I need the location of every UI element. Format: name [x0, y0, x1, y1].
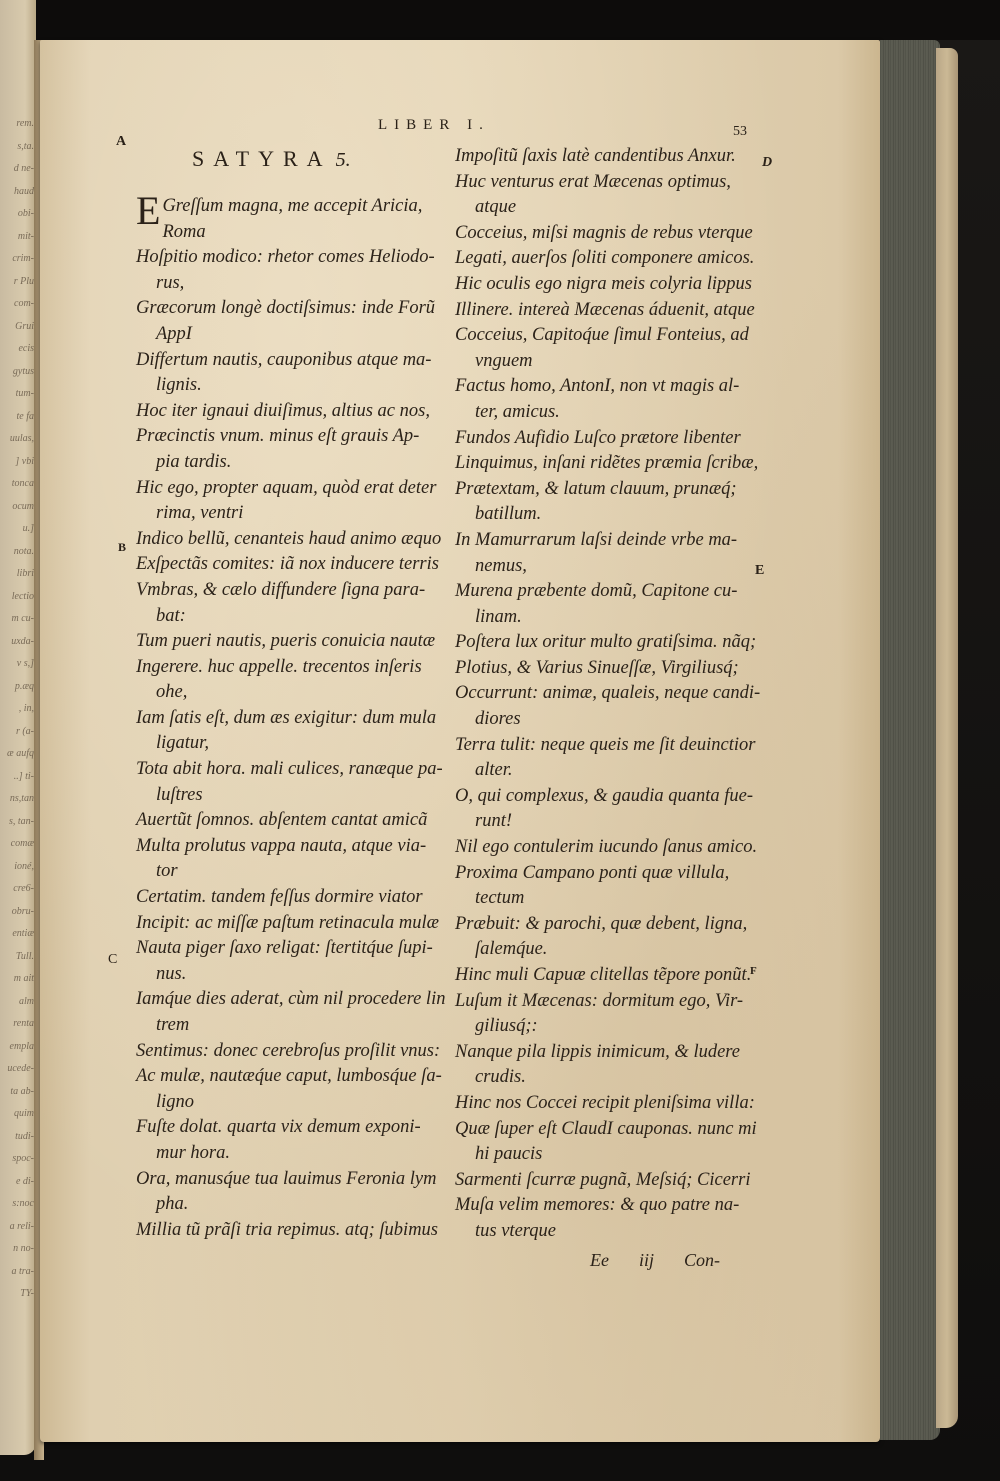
verse-line: diores: [455, 707, 755, 733]
verse-line: Fuſte dolat. quarta vix demum exponi-: [136, 1115, 446, 1141]
verse-text: Tota abit hora. mali culices, ranæque pa…: [136, 759, 443, 779]
top-shadow: [0, 0, 1000, 40]
verse-line: Prætextam, & latum clauum, prunæq́;: [455, 477, 755, 503]
verse-text: Murena præbente domũ, Capitone cu-: [455, 581, 737, 601]
verse-text: bat:: [156, 606, 186, 626]
verse-text: Greſſum magna, me accepit Aricia,: [162, 196, 422, 216]
verse-line: Fundos Aufidio Luſco prætore libenter: [455, 426, 755, 452]
verse-line: Huc venturus erat Mæcenas optimus,: [455, 170, 755, 196]
verse-line: atque: [455, 195, 755, 221]
verse-text: Nanque pila lippis inimicum, & ludere: [455, 1042, 740, 1062]
verse-line: hi paucis: [455, 1142, 755, 1168]
verse-text: Incipit: ac miſſæ paſtum retinacula mulæ: [136, 913, 439, 933]
verse-text: Plotius, & Varius Sinueſſæ, Virgiliusq́;: [455, 658, 739, 678]
margin-letter-b: B: [118, 540, 126, 555]
verse-line: Certatim. tandem feſſus dormire viator: [136, 885, 446, 911]
facing-page-text-fragment: ] vbi: [0, 456, 34, 467]
verse-text: Hinc muli Capuæ clitellas tẽpore ponũt.: [455, 965, 751, 985]
verse-line: ter, amicus.: [455, 400, 755, 426]
facing-page-text-fragment: r (a-: [0, 726, 34, 737]
verse-text: Nil ego contulerim iucundo ſanus amico.: [455, 837, 757, 857]
facing-page-text-fragment: mit-: [0, 231, 34, 242]
verse-text: Terra tulit: neque queis me ſit deuincti…: [455, 735, 755, 755]
verse-line: Terra tulit: neque queis me ſit deuincti…: [455, 733, 755, 759]
verse-line: EGreſſum magna, me accepit Aricia,: [136, 194, 446, 220]
verse-line: Exſpectãs comites: iã nox inducere terri…: [136, 552, 446, 578]
verse-text: ligno: [156, 1092, 194, 1112]
verse-text: Fundos Aufidio Luſco prætore libenter: [455, 428, 741, 448]
verse-line: Hoc iter ignaui diuiſimus, altius ac nos…: [136, 399, 446, 425]
facing-page-text-fragment: ecis: [0, 343, 34, 354]
verse-line: Impoſitũ ſaxis latè candentibus Anxur.: [455, 144, 755, 170]
verse-line: In Mamurrarum laſsi deinde vrbe ma-: [455, 528, 755, 554]
verse-line: Hinc muli Capuæ clitellas tẽpore ponũt.: [455, 963, 755, 989]
margin-letter-d: D: [762, 155, 772, 171]
verse-text: Legati, auerſos ſoliti componere amicos.: [455, 248, 754, 268]
verse-text: Quæ ſuper eſt ClaudI cauponas. nunc mi: [455, 1119, 757, 1139]
facing-page-text-fragment: tonca: [0, 478, 34, 489]
verse-line: Vmbras, & cælo diffundere ſigna para-: [136, 578, 446, 604]
facing-page-text-fragment: spoc-: [0, 1153, 34, 1164]
verse-line: Iamq́ue dies aderat, cùm nil procedere l…: [136, 987, 446, 1013]
facing-page-text-fragment: tum-: [0, 388, 34, 399]
verse-line: Factus homo, AntonI, non vt magis al-: [455, 374, 755, 400]
facing-page-text-fragment: ioné,: [0, 861, 34, 872]
verse-text: lignis.: [156, 375, 202, 395]
facing-page-text-fragment: s,ta.: [0, 141, 34, 152]
book-board-edge: [936, 48, 958, 1428]
verse-line: Hoſpitio modico: rhetor comes Heliodo-: [136, 245, 446, 271]
verse-text: Hoc iter ignaui diuiſimus, altius ac nos…: [136, 401, 430, 421]
verse-text: Ac mulæ, nautæq́ue caput, lumbosq́ue ſa-: [136, 1066, 442, 1086]
verse-line: Auertũt ſomnos. abſentem cantat amicã: [136, 808, 446, 834]
verse-text: Impoſitũ ſaxis latè candentibus Anxur.: [455, 146, 736, 166]
verse-line: Ora, manusq́ue tua lauimus Feronia lym: [136, 1167, 446, 1193]
drop-initial: E: [136, 196, 160, 226]
verse-line: Cocceius, Capitoq́ue ſimul Fonteius, ad: [455, 323, 755, 349]
facing-page-text-fragment: cre6-: [0, 883, 34, 894]
verse-text: O, qui complexus, & gaudia quanta fue-: [455, 786, 753, 806]
facing-page-text-fragment: m cu-: [0, 613, 34, 624]
verse-line: Nanque pila lippis inimicum, & ludere: [455, 1040, 755, 1066]
verse-text: Hinc nos Coccei recipit pleniſsima villa…: [455, 1093, 755, 1113]
satire-title-text: SATYRA: [192, 146, 332, 171]
verse-text: Sentimus: donec cerebroſus proſilit vnus…: [136, 1041, 440, 1061]
verse-text: Exſpectãs comites: iã nox inducere terri…: [136, 554, 439, 574]
verse-line: Hic ego, propter aquam, quòd erat deter: [136, 476, 446, 502]
verse-text: Indico bellũ, cenanteis haud animo æquo: [136, 529, 441, 549]
facing-page-text-fragment: s:noc: [0, 1198, 34, 1209]
margin-letter-e: E: [755, 563, 764, 579]
verse-line: Differtum nautis, cauponibus atque ma-: [136, 348, 446, 374]
verse-line: nus.: [136, 962, 446, 988]
facing-page-text-fragment: nota.: [0, 546, 34, 557]
facing-page-text-fragment: ta ab-: [0, 1086, 34, 1097]
verse-text: Poſtera lux oritur multo gratiſsima. nãq…: [455, 632, 756, 652]
facing-page-text-fragment: comæ: [0, 838, 34, 849]
satire-number: 5.: [336, 149, 351, 171]
verse-text: Fuſte dolat. quarta vix demum exponi-: [136, 1117, 421, 1137]
facing-page-text-fragment: entiæ: [0, 928, 34, 939]
verse-text: Sarmenti ſcurræ pugnã, Meſsiq́; Cicerri: [455, 1170, 750, 1190]
verse-line: vnguem: [455, 349, 755, 375]
facing-page-text-fragment: haud: [0, 186, 34, 197]
verse-line: ligno: [136, 1090, 446, 1116]
verse-line: Iam ſatis eſt, dum æs exigitur: dum mula: [136, 706, 446, 732]
verse-text: Huc venturus erat Mæcenas optimus,: [455, 172, 731, 192]
facing-page-text-fragment: empla: [0, 1041, 34, 1052]
verse-text: Occurrunt: animæ, qualeis, neque candi-: [455, 683, 760, 703]
verse-line: Multa prolutus vappa nauta, atque via-: [136, 834, 446, 860]
verse-text: alter.: [475, 760, 513, 780]
verse-line: Plotius, & Varius Sinueſſæ, Virgiliusq́;: [455, 656, 755, 682]
verse-line: Incipit: ac miſſæ paſtum retinacula mulæ: [136, 911, 446, 937]
verse-line: luſtres: [136, 783, 446, 809]
verse-text: Iam ſatis eſt, dum æs exigitur: dum mula: [136, 708, 436, 728]
facing-page-text-fragment: rem.: [0, 118, 34, 129]
verse-text: ligatur,: [156, 733, 209, 753]
facing-page-text-fragment: ns,tan: [0, 793, 34, 804]
verse-text: Præcinctis vnum. minus eſt grauis Ap-: [136, 426, 419, 446]
signature-number: iij: [639, 1250, 654, 1270]
verse-text: diores: [475, 709, 521, 729]
verse-line: mur hora.: [136, 1141, 446, 1167]
verse-line: Tum pueri nautis, pueris conuicia nautæ: [136, 629, 446, 655]
verse-text: Prætextam, & latum clauum, prunæq́;: [455, 479, 737, 499]
verse-text: Factus homo, AntonI, non vt magis al-: [455, 376, 739, 396]
verse-text: Hic ego, propter aquam, quòd erat deter: [136, 478, 436, 498]
verse-text: luſtres: [156, 785, 203, 805]
facing-page-text-fragment: a reli-: [0, 1221, 34, 1232]
verse-text: Millia tũ prãſi tria repimus. atq; ſubim…: [136, 1220, 438, 1240]
margin-letter-a: A: [116, 134, 126, 150]
verse-line: Proxima Campano ponti quæ villula,: [455, 861, 755, 887]
facing-page-text-fragment: s, tan-: [0, 816, 34, 827]
verse-line: pha.: [136, 1192, 446, 1218]
verse-line: tectum: [455, 886, 755, 912]
verse-line: ſalemq́ue.: [455, 937, 755, 963]
verse-text: mur hora.: [156, 1143, 230, 1163]
verse-line: batillum.: [455, 502, 755, 528]
facing-page-text-fragment: a tra-: [0, 1266, 34, 1277]
verse-line: Nauta piger ſaxo religat: ſtertitq́ue ſu…: [136, 936, 446, 962]
facing-page-edge: rem.s,ta.d ne-haudobi-mit-crim-r Plucom-…: [0, 0, 36, 1455]
verse-text: ohe,: [156, 682, 187, 702]
verse-line: Præbuit: & parochi, quæ debent, ligna,: [455, 912, 755, 938]
verse-text: pha.: [156, 1194, 188, 1214]
verse-line: runt!: [455, 809, 755, 835]
running-head: LIBER I.: [378, 117, 490, 134]
verse-line: Sarmenti ſcurræ pugnã, Meſsiq́; Cicerri: [455, 1168, 755, 1194]
verse-line: pia tardis.: [136, 450, 446, 476]
verse-text: Auertũt ſomnos. abſentem cantat amicã: [136, 810, 427, 830]
facing-page-text-fragment: e di-: [0, 1176, 34, 1187]
verse-line: Luſum it Mæcenas: dormitum ego, Vir-: [455, 989, 755, 1015]
verse-text: Roma: [162, 222, 205, 242]
verse-line: ohe,: [136, 680, 446, 706]
verse-text: atque: [475, 197, 516, 217]
verse-text: nus.: [156, 964, 186, 984]
verse-text: Proxima Campano ponti quæ villula,: [455, 863, 729, 883]
verse-text: Illinere. intereà Mæcenas áduenit, atque: [455, 300, 755, 320]
facing-page-text-fragment: d ne-: [0, 163, 34, 174]
verse-line: tus vterque: [455, 1219, 755, 1245]
verse-text: Vmbras, & cælo diffundere ſigna para-: [136, 580, 425, 600]
signature-mark: Ee: [590, 1250, 609, 1270]
verse-text: ter, amicus.: [475, 402, 560, 422]
facing-page-text-fragment: m ait: [0, 973, 34, 984]
facing-page-text-fragment: te fa: [0, 411, 34, 422]
verse-text: trem: [156, 1015, 189, 1035]
verse-text: batillum.: [475, 504, 541, 524]
verse-text: Multa prolutus vappa nauta, atque via-: [136, 836, 426, 856]
verse-text: tectum: [475, 888, 524, 908]
facing-page-text-fragment: ocum: [0, 501, 34, 512]
verse-text: Iamq́ue dies aderat, cùm nil procedere l…: [136, 989, 445, 1009]
verse-text: ſalemq́ue.: [475, 939, 547, 959]
facing-page-text-fragment: r Plu: [0, 276, 34, 287]
verse-line: Præcinctis vnum. minus eſt grauis Ap-: [136, 424, 446, 450]
verse-line: rus,: [136, 271, 446, 297]
verse-line: Illinere. intereà Mæcenas áduenit, atque: [455, 298, 755, 324]
facing-page-text-fragment: crim-: [0, 253, 34, 264]
verse-line: crudis.: [455, 1065, 755, 1091]
facing-page-text-fragment: com-: [0, 298, 34, 309]
verse-line: Ac mulæ, nautæq́ue caput, lumbosq́ue ſa-: [136, 1064, 446, 1090]
facing-page-text-fragment: TY-: [0, 1288, 34, 1299]
verse-text: linam.: [475, 607, 522, 627]
verse-text: AppI: [156, 324, 192, 344]
verse-line: trem: [136, 1013, 446, 1039]
verse-line: Nil ego contulerim iucundo ſanus amico.: [455, 835, 755, 861]
verse-line: rima, ventri: [136, 501, 446, 527]
verse-line: linam.: [455, 605, 755, 631]
margin-letter-c: C: [108, 952, 117, 968]
page-fore-edge: [880, 40, 940, 1440]
catchline: EeiijCon-: [590, 1250, 750, 1271]
verse-text: hi paucis: [475, 1144, 542, 1164]
facing-page-text-fragment: tudi-: [0, 1131, 34, 1142]
verse-line: Cocceius, miſsi magnis de rebus vterque: [455, 221, 755, 247]
verse-line: ligatur,: [136, 731, 446, 757]
facing-page-text-fragment: n no-: [0, 1243, 34, 1254]
facing-page-text-fragment: , in,: [0, 703, 34, 714]
facing-page-text-fragment: gytus: [0, 366, 34, 377]
verse-text: rus,: [156, 273, 184, 293]
verse-text: rima, ventri: [156, 503, 243, 523]
verse-line: Linquimus, inſani ridẽtes præmia ſcribæ,: [455, 451, 755, 477]
verse-line: Muſa velim memores: & quo patre na-: [455, 1193, 755, 1219]
verse-text: nemus,: [475, 556, 527, 576]
verse-line: nemus,: [455, 554, 755, 580]
facing-page-text-fragment: p.æq: [0, 681, 34, 692]
verse-line: Ingerere. huc appelle. trecentos inſeris: [136, 655, 446, 681]
verse-text: Linquimus, inſani ridẽtes præmia ſcribæ,: [455, 453, 758, 473]
verse-line: giliusq́;:: [455, 1014, 755, 1040]
verse-text: Ora, manusq́ue tua lauimus Feronia lym: [136, 1169, 436, 1189]
verse-text: Cocceius, Capitoq́ue ſimul Fonteius, ad: [455, 325, 749, 345]
facing-page-text-fragment: libri: [0, 568, 34, 579]
facing-page-text-fragment: ucede-: [0, 1063, 34, 1074]
verse-line: tor: [136, 859, 446, 885]
page-number: 53: [733, 124, 747, 140]
verse-line: Indico bellũ, cenanteis haud animo æquo: [136, 527, 446, 553]
facing-page-text-fragment: obi-: [0, 208, 34, 219]
satire-title: SATYRA5.: [192, 146, 351, 172]
verse-text: Cocceius, miſsi magnis de rebus vterque: [455, 223, 753, 243]
facing-page-text-fragment: u.]: [0, 523, 34, 534]
verse-line: Poſtera lux oritur multo gratiſsima. nãq…: [455, 630, 755, 656]
verse-text: Græcorum longè doctiſsimus: inde Forũ: [136, 298, 435, 318]
verse-line: Legati, auerſos ſoliti componere amicos.: [455, 246, 755, 272]
facing-page-text-fragment: quim: [0, 1108, 34, 1119]
facing-page-text-fragment: uulas,: [0, 433, 34, 444]
verse-text: Differtum nautis, cauponibus atque ma-: [136, 350, 431, 370]
verse-text: tus vterque: [475, 1221, 556, 1241]
verse-text: Hic oculis ego nigra meis colyria lippus: [455, 274, 752, 294]
catchword: Con-: [684, 1250, 720, 1270]
facing-page-text-fragment: æ aufq: [0, 748, 34, 759]
verse-line: Græcorum longè doctiſsimus: inde Forũ: [136, 296, 446, 322]
verse-text: Luſum it Mæcenas: dormitum ego, Vir-: [455, 991, 743, 1011]
verse-line: lignis.: [136, 373, 446, 399]
verse-text: Tum pueri nautis, pueris conuicia nautæ: [136, 631, 435, 651]
facing-page-text-fragment: lectio: [0, 591, 34, 602]
verse-line: Hinc nos Coccei recipit pleniſsima villa…: [455, 1091, 755, 1117]
facing-page-text-fragment: uxda-: [0, 636, 34, 647]
verse-line: AppI: [136, 322, 446, 348]
verse-text: crudis.: [475, 1067, 526, 1087]
verse-line: O, qui complexus, & gaudia quanta fue-: [455, 784, 755, 810]
facing-page-text-fragment: renta: [0, 1018, 34, 1029]
verse-text: Præbuit: & parochi, quæ debent, ligna,: [455, 914, 747, 934]
verse-line: Hic oculis ego nigra meis colyria lippus: [455, 272, 755, 298]
facing-page-text-fragment: Tull.: [0, 951, 34, 962]
verse-line: Sentimus: donec cerebroſus proſilit vnus…: [136, 1039, 446, 1065]
verse-text: Ingerere. huc appelle. trecentos inſeris: [136, 657, 422, 677]
facing-page-text-fragment: obru-: [0, 906, 34, 917]
verse-line: Quæ ſuper eſt ClaudI cauponas. nunc mi: [455, 1117, 755, 1143]
verse-text: runt!: [475, 811, 512, 831]
verse-text: pia tardis.: [156, 452, 231, 472]
verse-text: Muſa velim memores: & quo patre na-: [455, 1195, 739, 1215]
facing-page-text-fragment: Grui: [0, 321, 34, 332]
verse-text: In Mamurrarum laſsi deinde vrbe ma-: [455, 530, 737, 550]
verse-text: Nauta piger ſaxo religat: ſtertitq́ue ſu…: [136, 938, 433, 958]
verse-text: tor: [156, 861, 178, 881]
verse-line: alter.: [455, 758, 755, 784]
verse-line: bat:: [136, 604, 446, 630]
verse-line: Occurrunt: animæ, qualeis, neque candi-: [455, 681, 755, 707]
facing-page-text-fragment: ..] ti-: [0, 771, 34, 782]
verse-text: Hoſpitio modico: rhetor comes Heliodo-: [136, 247, 435, 267]
right-column-verse: Impoſitũ ſaxis latè candentibus Anxur.Hu…: [455, 144, 755, 1245]
verse-text: Certatim. tandem feſſus dormire viator: [136, 887, 423, 907]
verse-text: vnguem: [475, 351, 533, 371]
verse-text: giliusq́;:: [475, 1016, 538, 1036]
verse-line: Millia tũ prãſi tria repimus. atq; ſubim…: [136, 1218, 446, 1244]
facing-page-text-fragment: alm: [0, 996, 34, 1007]
facing-page-text-fragment: v s,]: [0, 658, 34, 669]
verse-line: Tota abit hora. mali culices, ranæque pa…: [136, 757, 446, 783]
verse-line: Murena præbente domũ, Capitone cu-: [455, 579, 755, 605]
verse-line: Roma: [136, 220, 446, 246]
left-column-verse: EGreſſum magna, me accepit Aricia,RomaHo…: [136, 194, 446, 1243]
